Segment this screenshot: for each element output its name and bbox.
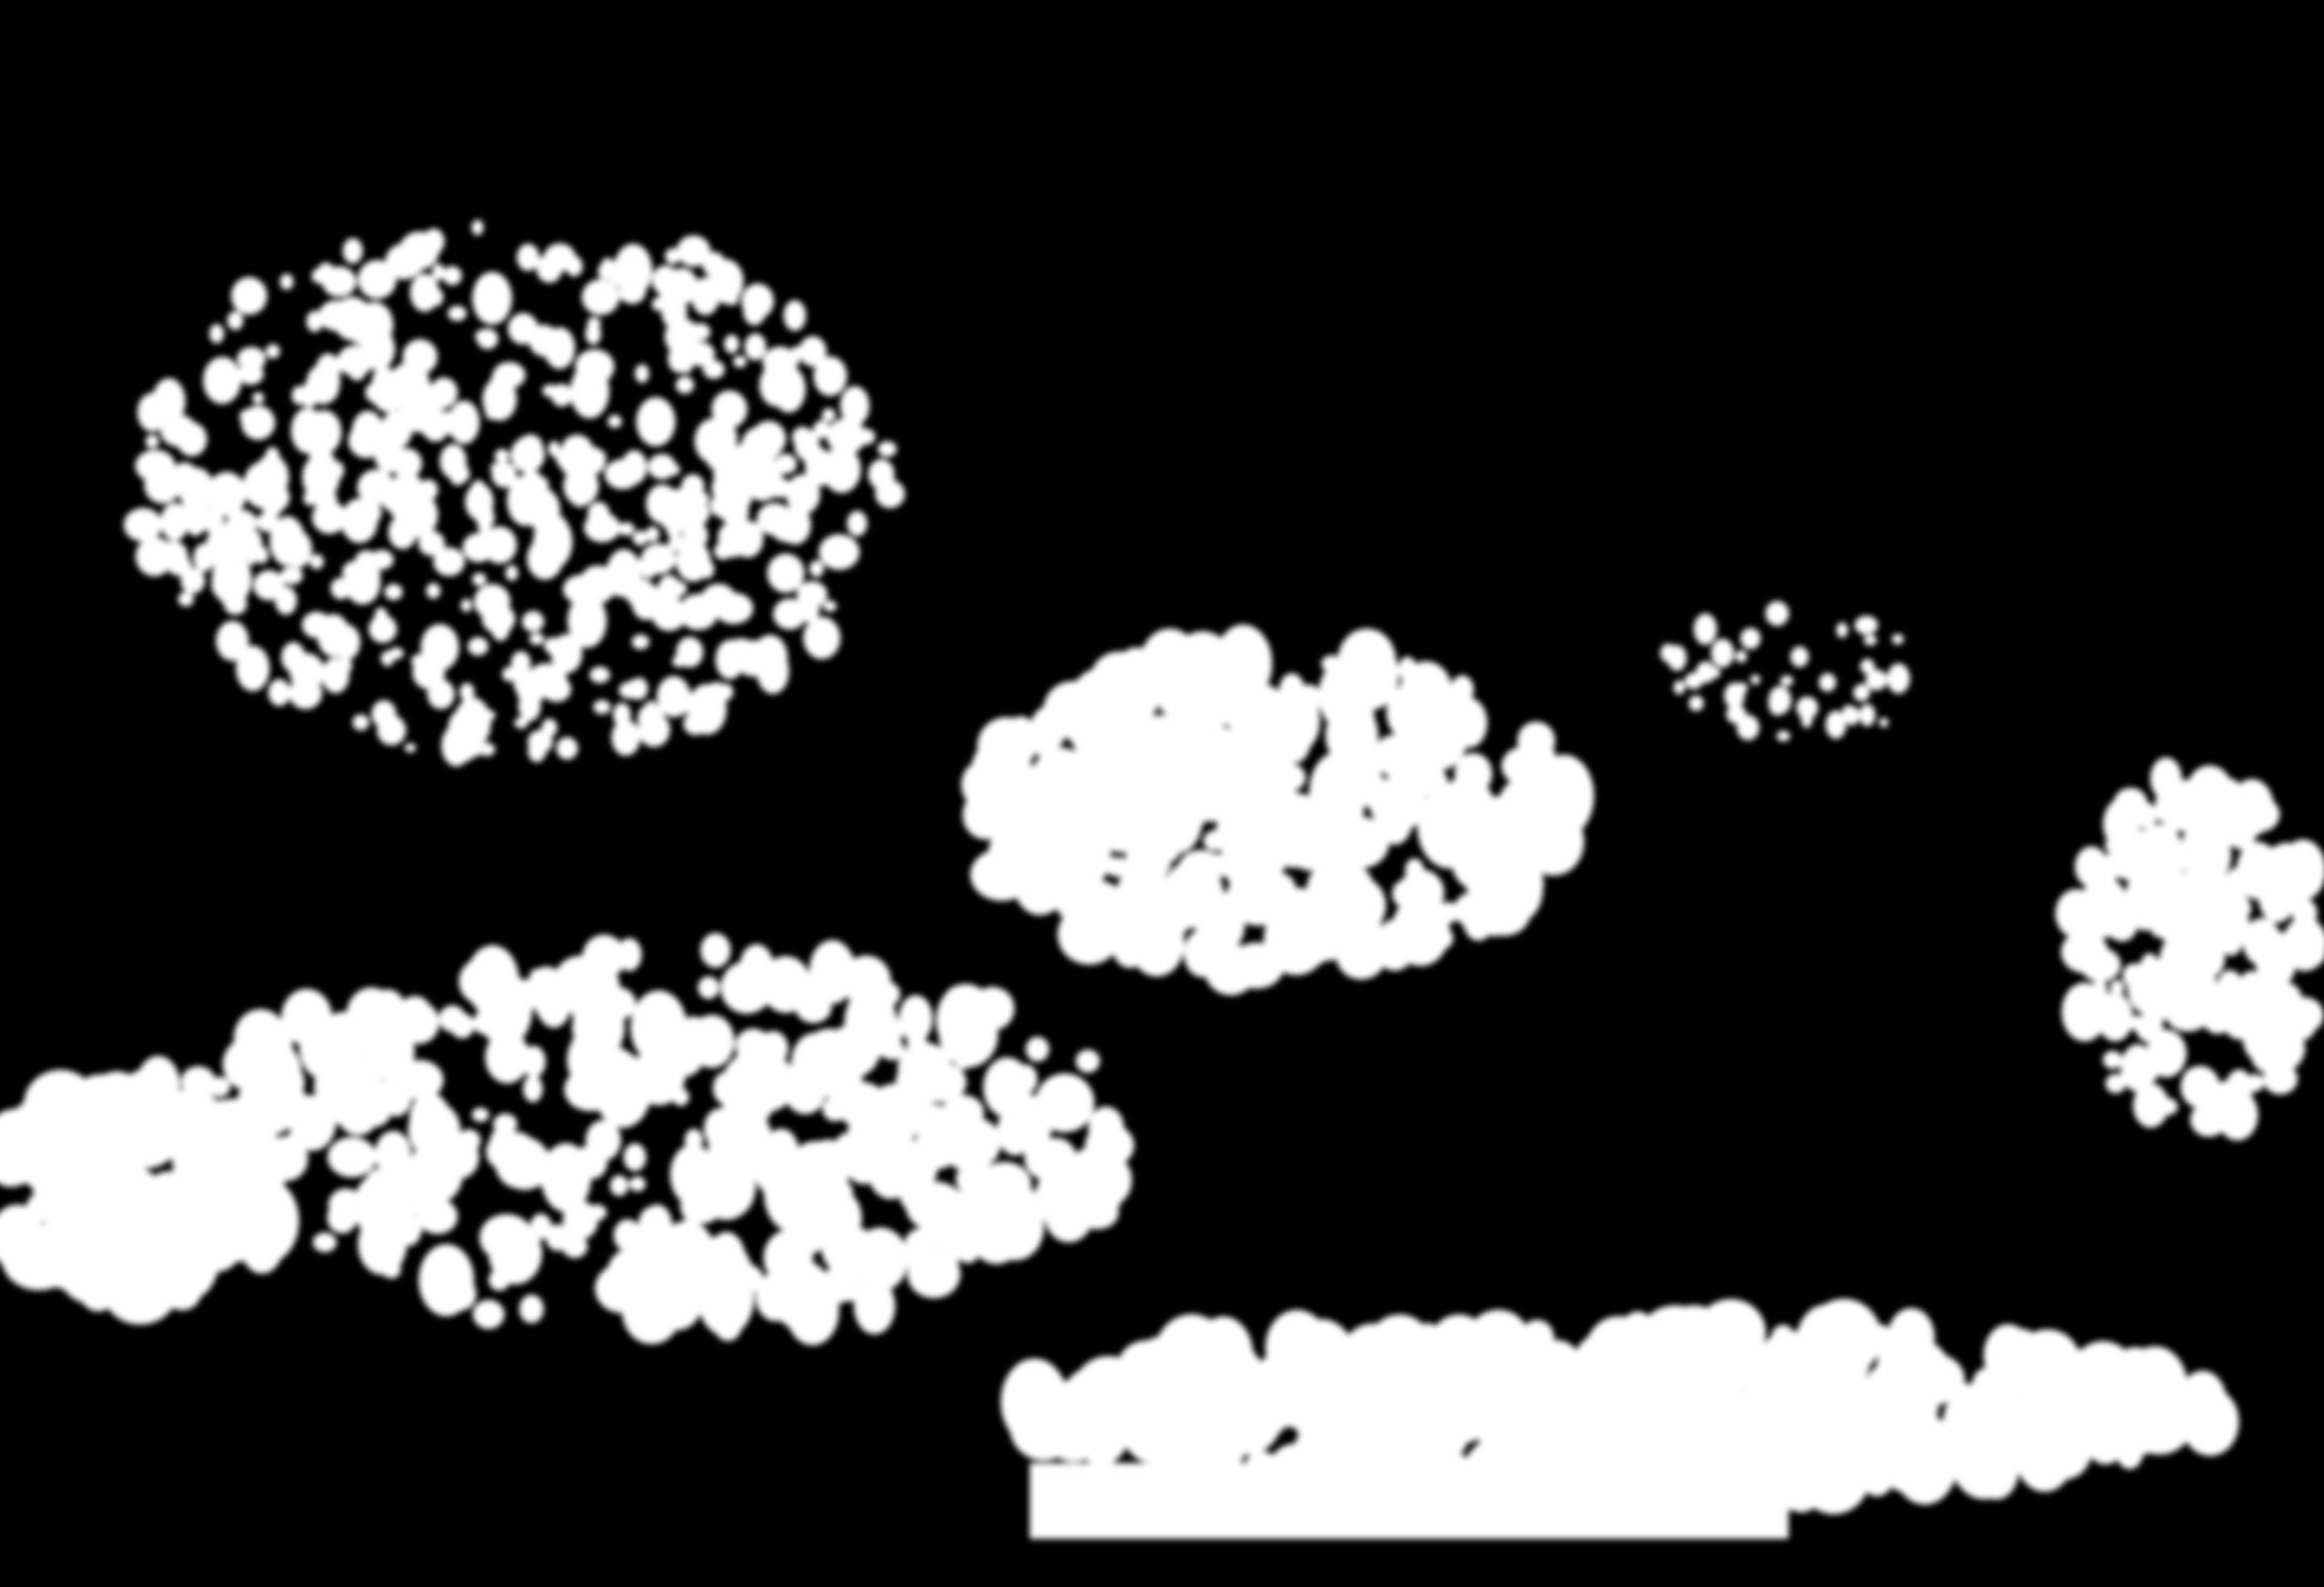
cloud-mask-svg: [0, 0, 2324, 1587]
cloud-mask-image: [0, 0, 2324, 1587]
cloud-regions: [0, 220, 2324, 1539]
